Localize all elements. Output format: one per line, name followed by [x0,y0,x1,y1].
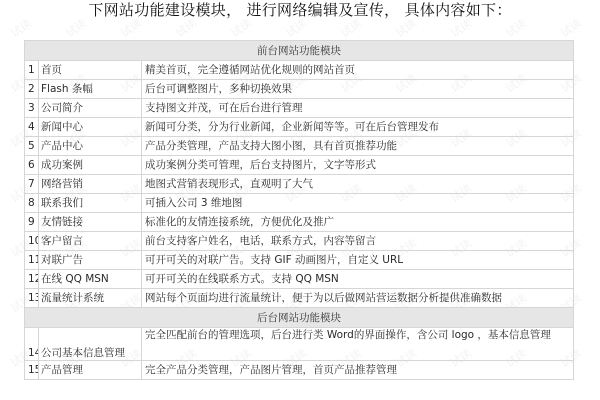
row-number: 15 [25,361,39,380]
feature-description: 标准化的友情连接系统，方便优化及推广 [142,213,574,232]
feature-name: 流量统计系统 [39,289,142,308]
feature-name: 成功案例 [39,156,142,175]
table-row: 3公司简介支持图文并茂，可在后台进行管理 [25,99,574,118]
row-number: 6 [25,156,39,175]
feature-description: 网站每个页面均进行流量统计，便于为以后做网站营运数据分析提供准确数据 [142,289,574,308]
row-number: 11 [25,251,39,270]
feature-name: 产品中心 [39,137,142,156]
table-row: 14公司基本信息管理完全匹配前台的管理选项，后台进行类 Word的界面操作，含公… [25,328,574,361]
table-row: 13流量统计系统网站每个页面均进行流量统计，便于为以后做网站营运数据分析提供准确… [25,289,574,308]
feature-description: 地图式营销表现形式，直观明了大气 [142,175,574,194]
section-title: 后台网站功能模块 [25,308,574,328]
feature-name: 首页 [39,61,142,80]
table-row: 1首页精美首页，完全遵循网站优化规则的网站首页 [25,61,574,80]
feature-name: 在线 QQ MSN [39,270,142,289]
feature-name: 新闻中心 [39,118,142,137]
feature-description: 完全匹配前台的管理选项，后台进行类 Word的界面操作，含公司 logo ，基本… [142,328,574,361]
row-number: 1 [25,61,39,80]
row-number: 10 [25,232,39,251]
table-row: 10客户留言前台支持客户姓名，电话，联系方式，内容等留言 [25,232,574,251]
feature-name: 客户留言 [39,232,142,251]
feature-name: 网络营销 [39,175,142,194]
section-header-frontend: 前台网站功能模块 [25,41,574,61]
feature-description: 可插入公司 3 维地图 [142,194,574,213]
table-row: 15产品管理完全产品分类管理，产品图片管理，首页产品推荐管理 [25,361,574,380]
row-number: 5 [25,137,39,156]
table-row: 7网络营销地图式营销表现形式，直观明了大气 [25,175,574,194]
table-row: 5产品中心产品分类管理，产品支持大图小图，具有首页推荐功能 [25,137,574,156]
feature-description: 支持图文并茂，可在后台进行管理 [142,99,574,118]
feature-description: 可开可关的对联广告。支持 GIF 动画图片，自定义 URL [142,251,574,270]
section-title: 前台网站功能模块 [25,41,574,61]
row-number: 7 [25,175,39,194]
row-number: 4 [25,118,39,137]
row-number: 2 [25,80,39,99]
feature-description: 产品分类管理，产品支持大图小图，具有首页推荐功能 [142,137,574,156]
row-number: 3 [25,99,39,118]
row-number: 12 [25,270,39,289]
table-row: 12在线 QQ MSN可开可关的在线联系方式。支持 QQ MSN [25,270,574,289]
feature-description: 前台支持客户姓名，电话，联系方式，内容等留言 [142,232,574,251]
table-row: 4新闻中心新闻可分类，分为行业新闻，企业新闻等等。可在后台管理发布 [25,118,574,137]
section-header-backend: 后台网站功能模块 [25,308,574,328]
table-row: 11对联广告可开可关的对联广告。支持 GIF 动画图片，自定义 URL [25,251,574,270]
table-row: 6成功案例成功案例分类可管理，后台支持图片，文字等形式 [25,156,574,175]
intro-text: 下网站功能建设模块， 进行网络编辑及宣传， 具体内容如下： [0,0,600,20]
row-number: 8 [25,194,39,213]
feature-name: 公司简介 [39,99,142,118]
row-number: 13 [25,289,39,308]
feature-description: 后台可调整图片，多种切换效果 [142,80,574,99]
feature-description: 可开可关的在线联系方式。支持 QQ MSN [142,270,574,289]
feature-name: Flash 条幅 [39,80,142,99]
table-row: 2Flash 条幅后台可调整图片，多种切换效果 [25,80,574,99]
feature-name: 产品管理 [39,361,142,380]
feature-name: 联系我们 [39,194,142,213]
feature-name: 公司基本信息管理 [39,328,142,361]
feature-name: 对联广告 [39,251,142,270]
feature-description: 成功案例分类可管理，后台支持图片，文字等形式 [142,156,574,175]
feature-name: 友情链接 [39,213,142,232]
table-row: 8联系我们可插入公司 3 维地图 [25,194,574,213]
feature-table: 前台网站功能模块 1首页精美首页，完全遵循网站优化规则的网站首页 2Flash … [24,40,574,380]
feature-description: 精美首页，完全遵循网站优化规则的网站首页 [142,61,574,80]
row-number: 9 [25,213,39,232]
feature-description: 完全产品分类管理，产品图片管理，首页产品推荐管理 [142,361,574,380]
table-row: 9友情链接标准化的友情连接系统，方便优化及推广 [25,213,574,232]
feature-description: 新闻可分类，分为行业新闻，企业新闻等等。可在后台管理发布 [142,118,574,137]
row-number: 14 [25,328,39,361]
